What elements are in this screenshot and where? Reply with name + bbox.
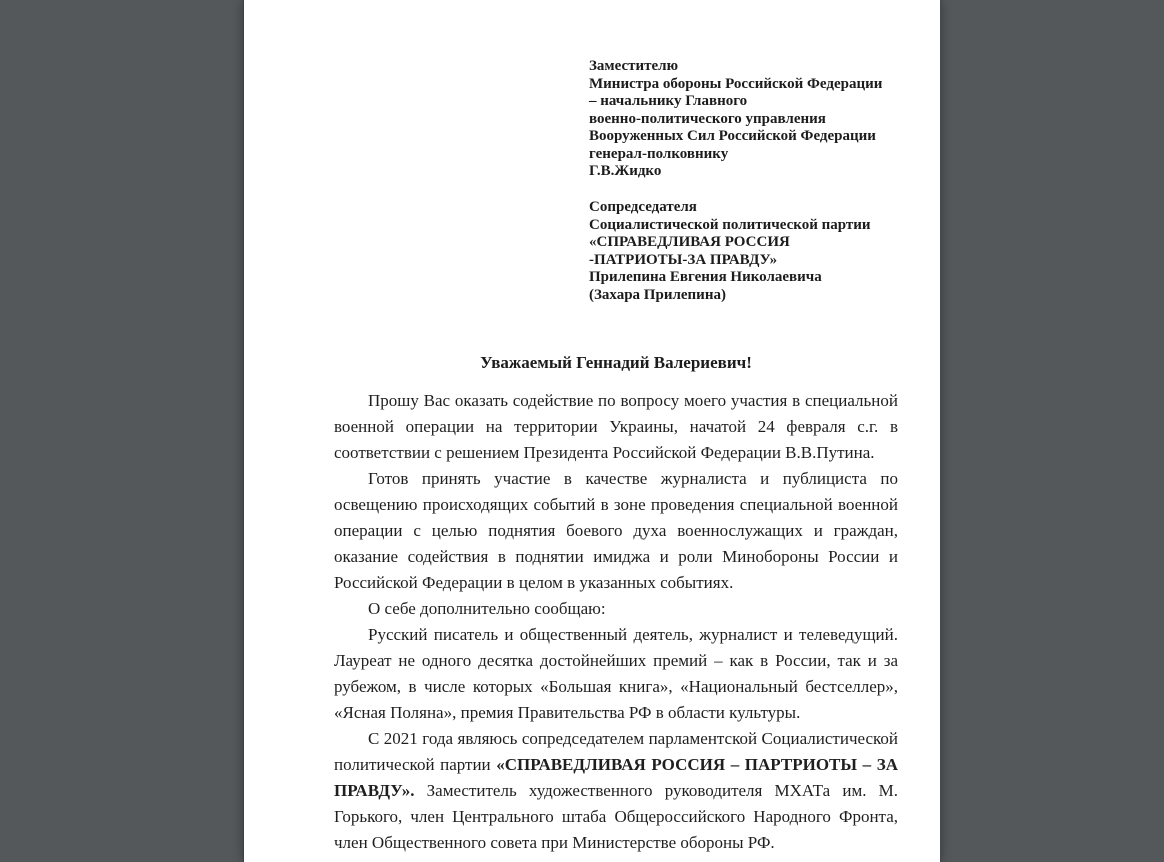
paragraph-party-post: Заместитель художественного руководителя… — [334, 781, 898, 852]
recipient-line: Вооруженных Сил Российской Федерации — [589, 128, 882, 146]
recipient-line: Заместителю — [589, 58, 882, 76]
sender-line: Социалистической политической партии — [589, 217, 871, 235]
letter-body: Прошу Вас оказать содействие по вопросу … — [334, 388, 898, 856]
document-viewer: Заместителю Министра обороны Российской … — [0, 0, 1164, 862]
recipient-line: – начальнику Главного — [589, 93, 882, 111]
recipient-line: генерал-полковнику — [589, 146, 882, 164]
paragraph-party: С 2021 года являюсь сопредседателем парл… — [334, 726, 898, 856]
recipient-line: военно-политического управления — [589, 111, 882, 129]
recipient-address-block: Заместителю Министра обороны Российской … — [589, 58, 882, 181]
salutation: Уважаемый Геннадий Валериевич! — [334, 350, 898, 376]
sender-line: (Захара Прилепина) — [589, 287, 871, 305]
sender-line: -ПАТРИОТЫ-ЗА ПРАВДУ» — [589, 252, 871, 270]
sender-line: «СПРАВЕДЛИВАЯ РОССИЯ — [589, 234, 871, 252]
paragraph-request: Прошу Вас оказать содействие по вопросу … — [334, 388, 898, 466]
paragraph-about-intro: О себе дополнительно сообщаю: — [334, 596, 898, 622]
paragraph-biography: Русский писатель и общественный деятель,… — [334, 622, 898, 726]
sender-line: Прилепина Евгения Николаевича — [589, 269, 871, 287]
recipient-line: Г.В.Жидко — [589, 163, 882, 181]
letter-page: Заместителю Министра обороны Российской … — [243, 0, 941, 862]
sender-address-block: Сопредседателя Социалистической политиче… — [589, 199, 871, 304]
recipient-line: Министра обороны Российской Федерации — [589, 76, 882, 94]
sender-line: Сопредседателя — [589, 199, 871, 217]
paragraph-readiness: Готов принять участие в качестве журнали… — [334, 466, 898, 596]
